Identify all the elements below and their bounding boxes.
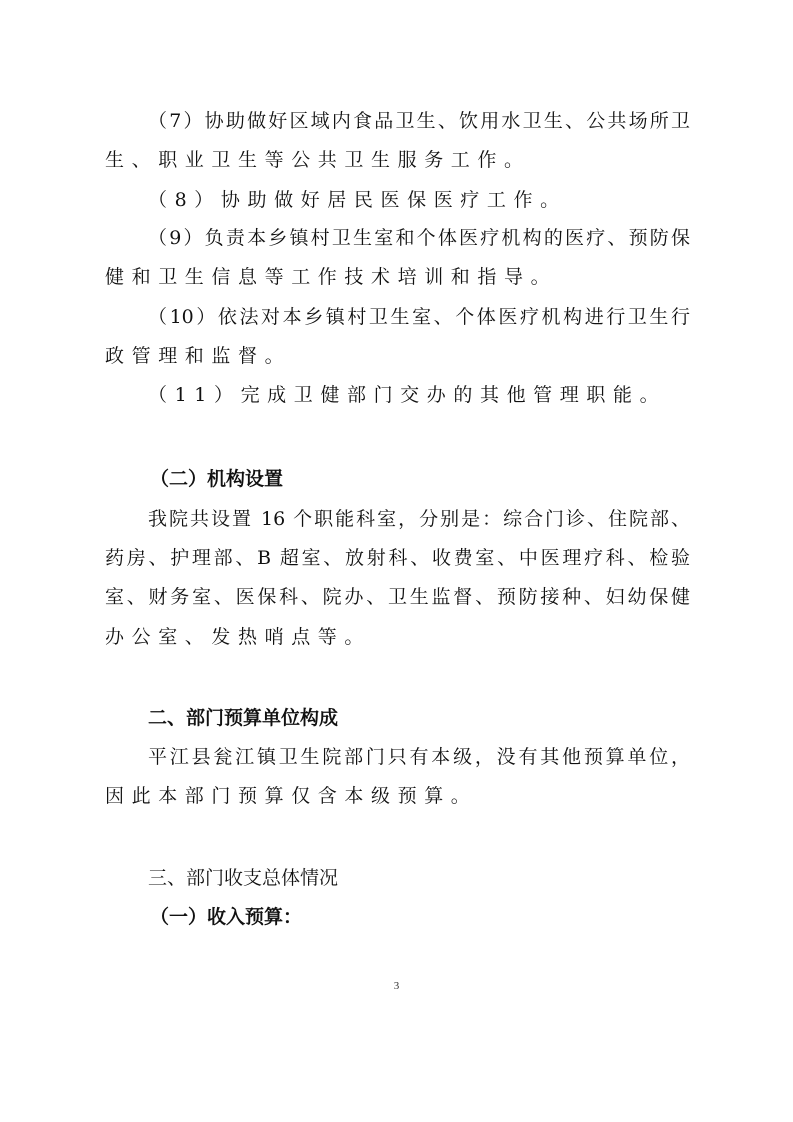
duty-item-7-line1: （7）协助做好区域内食品卫生、饮用水卫生、公共场所卫 xyxy=(148,107,690,135)
duty-item-11: （11）完成卫健部门交办的其他管理职能。 xyxy=(148,381,690,409)
duty-item-10-line1: （10）依法对本乡镇村卫生室、个体医疗机构进行卫生行 xyxy=(148,303,690,331)
duty-item-10-line2: 政管理和监督。 xyxy=(105,342,690,370)
section-org-heading: （二）机构设置 xyxy=(150,465,283,493)
duty-item-7-line2: 生、职业卫生等公共卫生服务工作。 xyxy=(105,146,690,174)
duty-item-9-line2: 健和卫生信息等工作技术培训和指导。 xyxy=(105,263,690,291)
section-org-para-line4: 办公室、发热哨点等。 xyxy=(105,623,690,651)
duty-item-8: （8）协助做好居民医保医疗工作。 xyxy=(148,186,690,214)
duty-item-9-line1: （9）负责本乡镇村卫生室和个体医疗机构的医疗、预防保 xyxy=(148,224,690,252)
section-overview-heading: 三、部门收支总体情况 xyxy=(148,864,338,892)
section-org-para-line2: 药房、护理部、B 超室、放射科、收费室、中医理疗科、检验 xyxy=(105,544,690,572)
section-overview-subheading: （一）收入预算： xyxy=(150,903,302,931)
section-org-para-line1: 我院共设置 16 个职能科室，分别是：综合门诊、住院部、 xyxy=(148,505,690,533)
section-units-para-line2: 因此本部门预算仅含本级预算。 xyxy=(105,782,690,810)
page-number: 3 xyxy=(0,980,793,992)
section-units-para-line1: 平江县瓮江镇卫生院部门只有本级，没有其他预算单位， xyxy=(148,743,690,771)
section-org-para-line3: 室、财务室、医保科、院办、卫生监督、预防接种、妇幼保健 xyxy=(105,583,690,611)
section-units-heading: 二、部门预算单位构成 xyxy=(148,704,338,732)
